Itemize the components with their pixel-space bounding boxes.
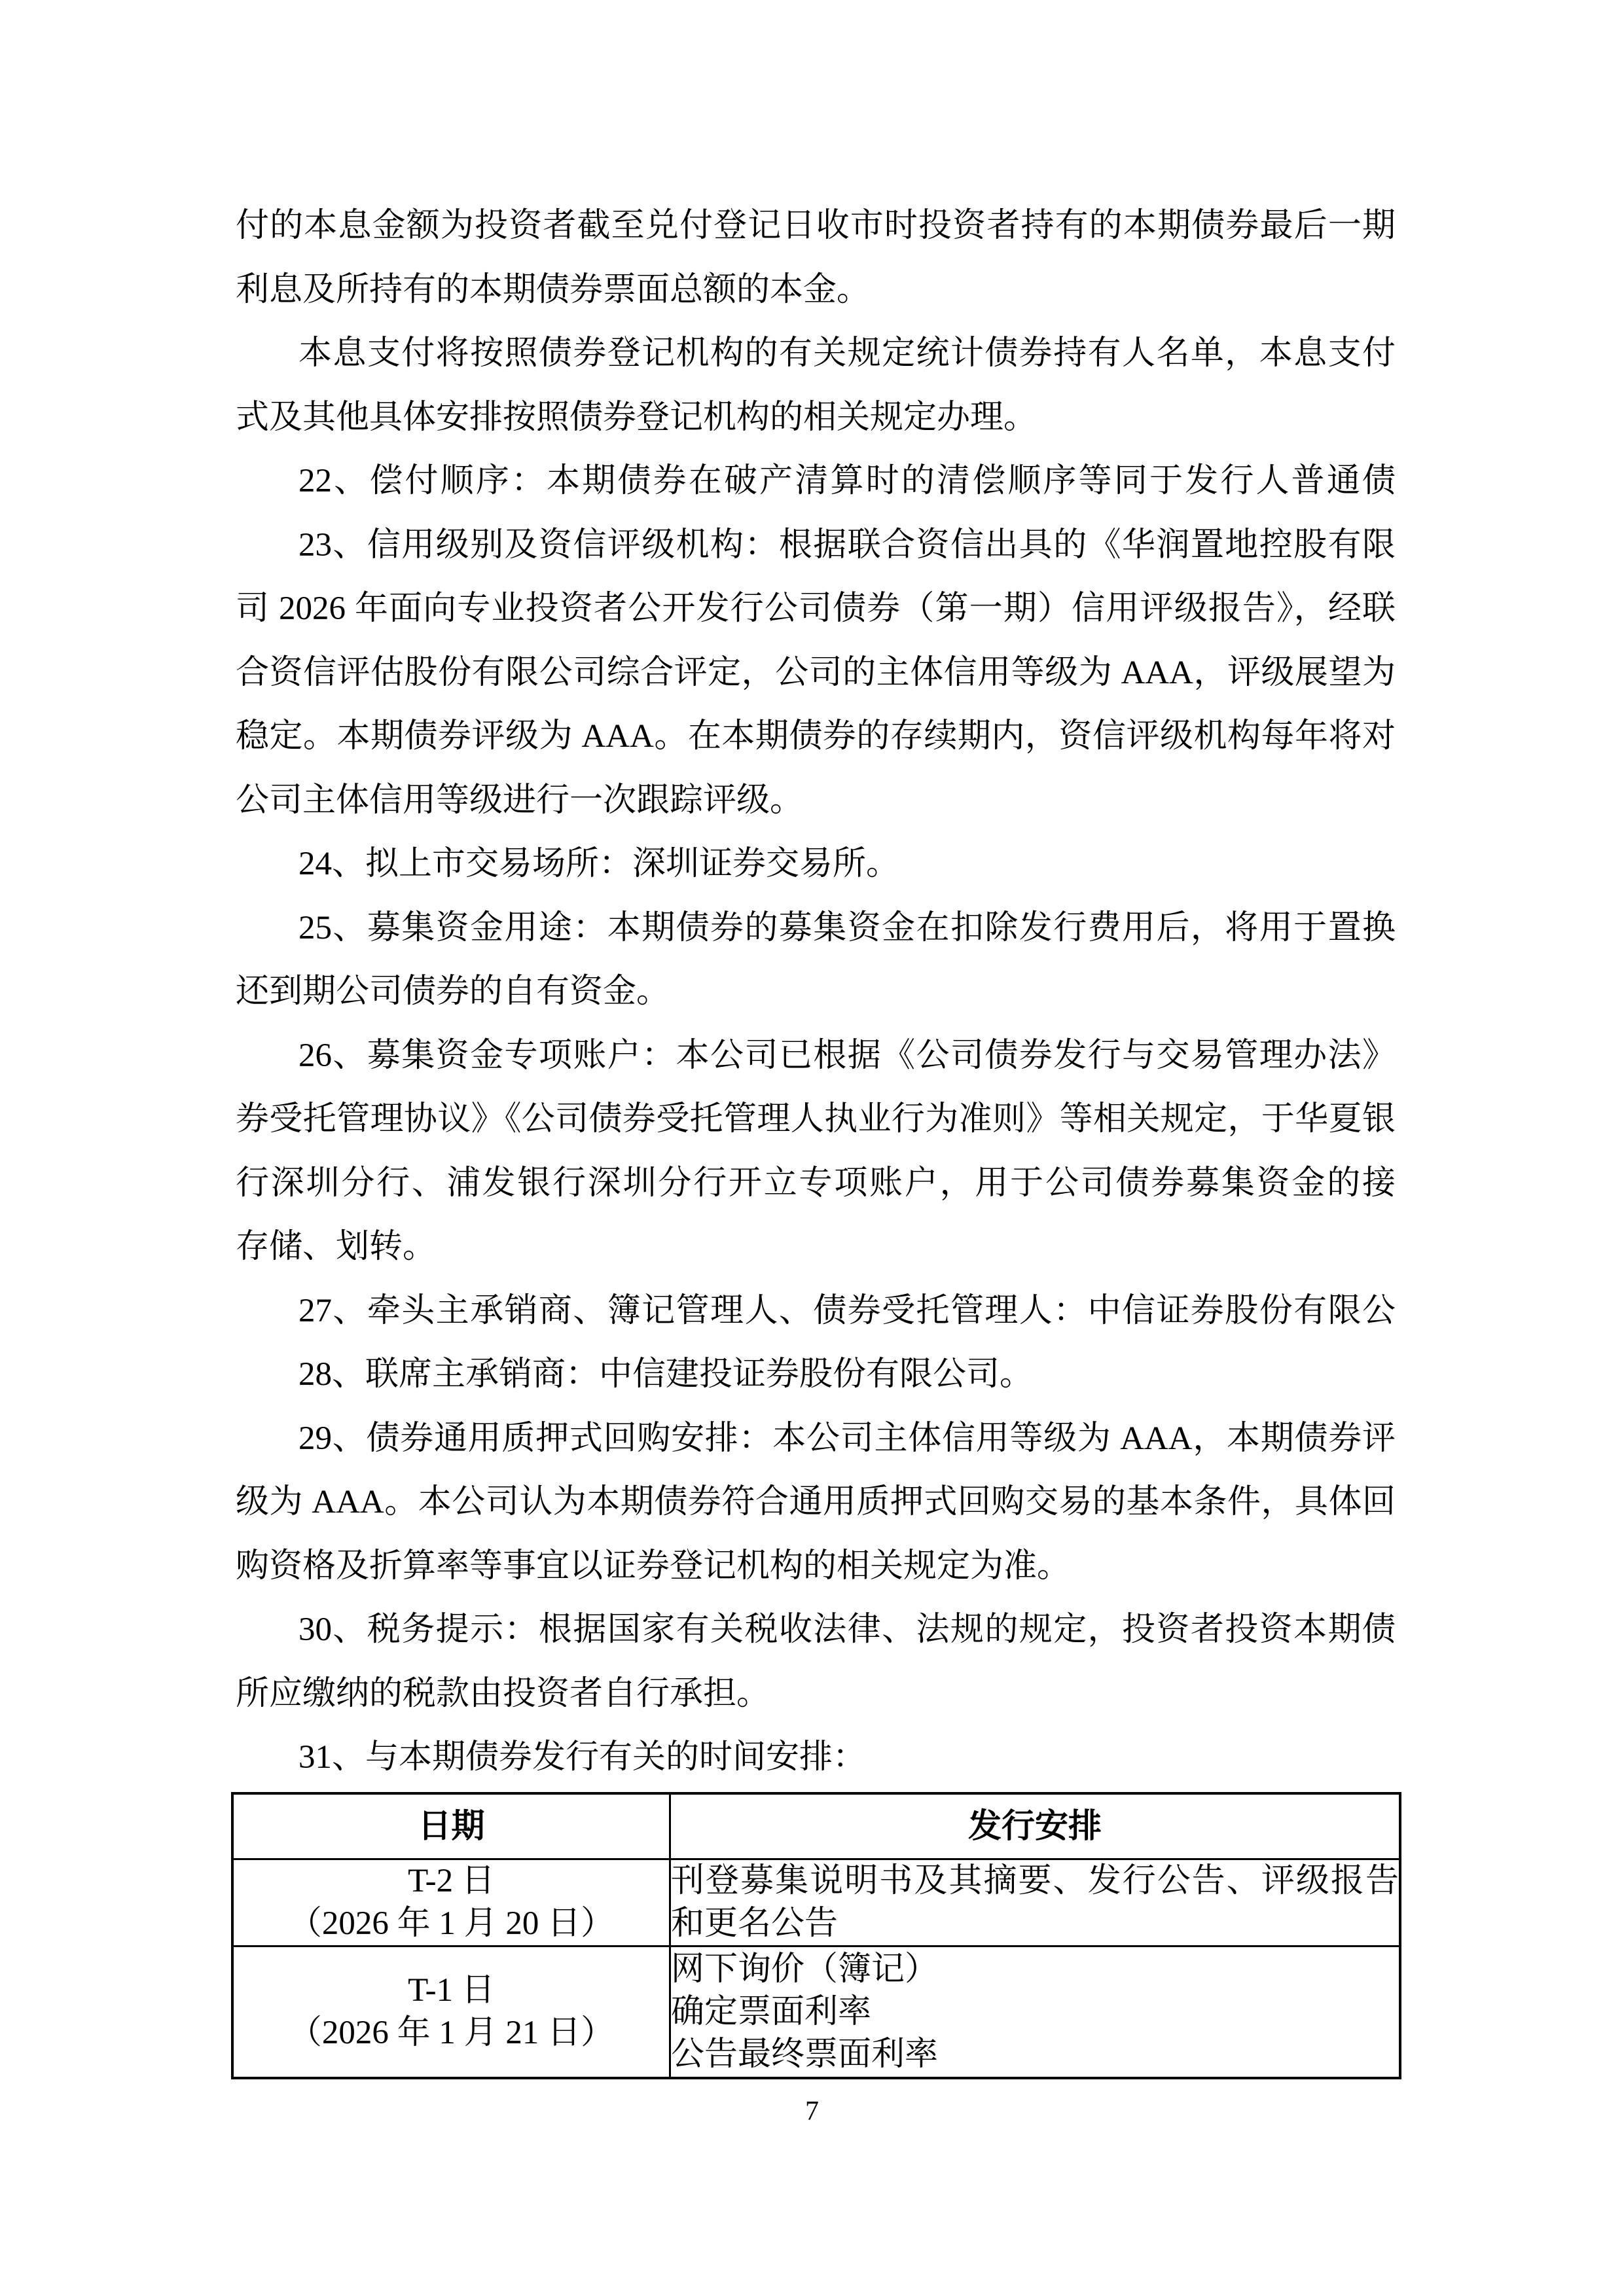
text-line: 所应缴纳的税款由投资者自行承担。 bbox=[236, 1662, 1396, 1727]
table-row: T-1 日 （2026 年 1 月 21 日） 网下询价（簿记） 确定票面利率 … bbox=[232, 1946, 1400, 2079]
text-line: 稳定。本期债券评级为 AAA。在本期债券的存续期内，资信评级机构每年将对 bbox=[236, 705, 1396, 769]
issuance-schedule-table: 日期 发行安排 T-2 日 （2026 年 1 月 20 日） 刊登募集说明书及… bbox=[231, 1792, 1401, 2079]
text-line: 本息支付将按照债券登记机构的有关规定统计债券持有人名单，本息支付方 bbox=[236, 322, 1396, 386]
text-line: 司 2026 年面向专业投资者公开发行公司债券（第一期）信用评级报告》，经联 bbox=[236, 577, 1396, 641]
cell-date: T-1 日 （2026 年 1 月 21 日） bbox=[232, 1946, 670, 2079]
text-line: 28、联席主承销商：中信建投证券股份有限公司。 bbox=[236, 1343, 1396, 1407]
cell-arrangement: 刊登募集说明书及其摘要、发行公告、评级报告和更名公告 bbox=[670, 1859, 1401, 1946]
text-line: 26、募集资金专项账户：本公司已根据《公司债券发行与交易管理办法》《债 bbox=[236, 1024, 1396, 1088]
text-line: 24、拟上市交易场所：深圳证券交易所。 bbox=[236, 833, 1396, 897]
text-line: 还到期公司债券的自有资金。 bbox=[236, 960, 1396, 1024]
document-body: 付的本息金额为投资者截至兑付登记日收市时投资者持有的本期债券最后一期 利息及所持… bbox=[236, 194, 1396, 1790]
document-page: 付的本息金额为投资者截至兑付登记日收市时投资者持有的本期债券最后一期 利息及所持… bbox=[0, 0, 1624, 2296]
text-line: 行深圳分行、浦发银行深圳分行开立专项账户，用于公司债券募集资金的接收、 bbox=[236, 1152, 1396, 1216]
cell-arrangement: 网下询价（簿记） 确定票面利率 公告最终票面利率 bbox=[670, 1946, 1401, 2079]
page-number: 7 bbox=[0, 2096, 1624, 2127]
table-header-row: 日期 发行安排 bbox=[232, 1793, 1400, 1859]
text-line: 公司主体信用等级进行一次跟踪评级。 bbox=[236, 769, 1396, 833]
cell-date: T-2 日 （2026 年 1 月 20 日） bbox=[232, 1859, 670, 1946]
text-line: 存储、划转。 bbox=[236, 1215, 1396, 1280]
text-line: 付的本息金额为投资者截至兑付登记日收市时投资者持有的本期债券最后一期 bbox=[236, 194, 1396, 259]
text-line: 22、偿付顺序：本期债券在破产清算时的清偿顺序等同于发行人普通债务。 bbox=[236, 450, 1396, 514]
text-line: 25、募集资金用途：本期债券的募集资金在扣除发行费用后，将用于置换偿 bbox=[236, 897, 1396, 961]
text-line: 29、债券通用质押式回购安排：本公司主体信用等级为 AAA，本期债券评 bbox=[236, 1407, 1396, 1471]
text-line: 券受托管理协议》《公司债券受托管理人执业行为准则》等相关规定，于华夏银 bbox=[236, 1088, 1396, 1152]
text-line: 合资信评估股份有限公司综合评定，公司的主体信用等级为 AAA，评级展望为 bbox=[236, 641, 1396, 706]
text-line: 27、牵头主承销商、簿记管理人、债券受托管理人：中信证券股份有限公司。 bbox=[236, 1280, 1396, 1344]
table-header-arrangement: 发行安排 bbox=[670, 1793, 1401, 1859]
text-line: 23、信用级别及资信评级机构：根据联合资信出具的《华润置地控股有限公 bbox=[236, 514, 1396, 578]
table-header-date: 日期 bbox=[232, 1793, 670, 1859]
text-line: 31、与本期债券发行有关的时间安排： bbox=[236, 1726, 1396, 1790]
table-row: T-2 日 （2026 年 1 月 20 日） 刊登募集说明书及其摘要、发行公告… bbox=[232, 1859, 1400, 1946]
text-line: 购资格及折算率等事宜以证券登记机构的相关规定为准。 bbox=[236, 1535, 1396, 1599]
text-line: 30、税务提示：根据国家有关税收法律、法规的规定，投资者投资本期债券 bbox=[236, 1598, 1396, 1662]
text-line: 利息及所持有的本期债券票面总额的本金。 bbox=[236, 259, 1396, 323]
text-line: 级为 AAA。本公司认为本期债券符合通用质押式回购交易的基本条件，具体回 bbox=[236, 1471, 1396, 1535]
text-line: 式及其他具体安排按照债券登记机构的相关规定办理。 bbox=[236, 386, 1396, 450]
